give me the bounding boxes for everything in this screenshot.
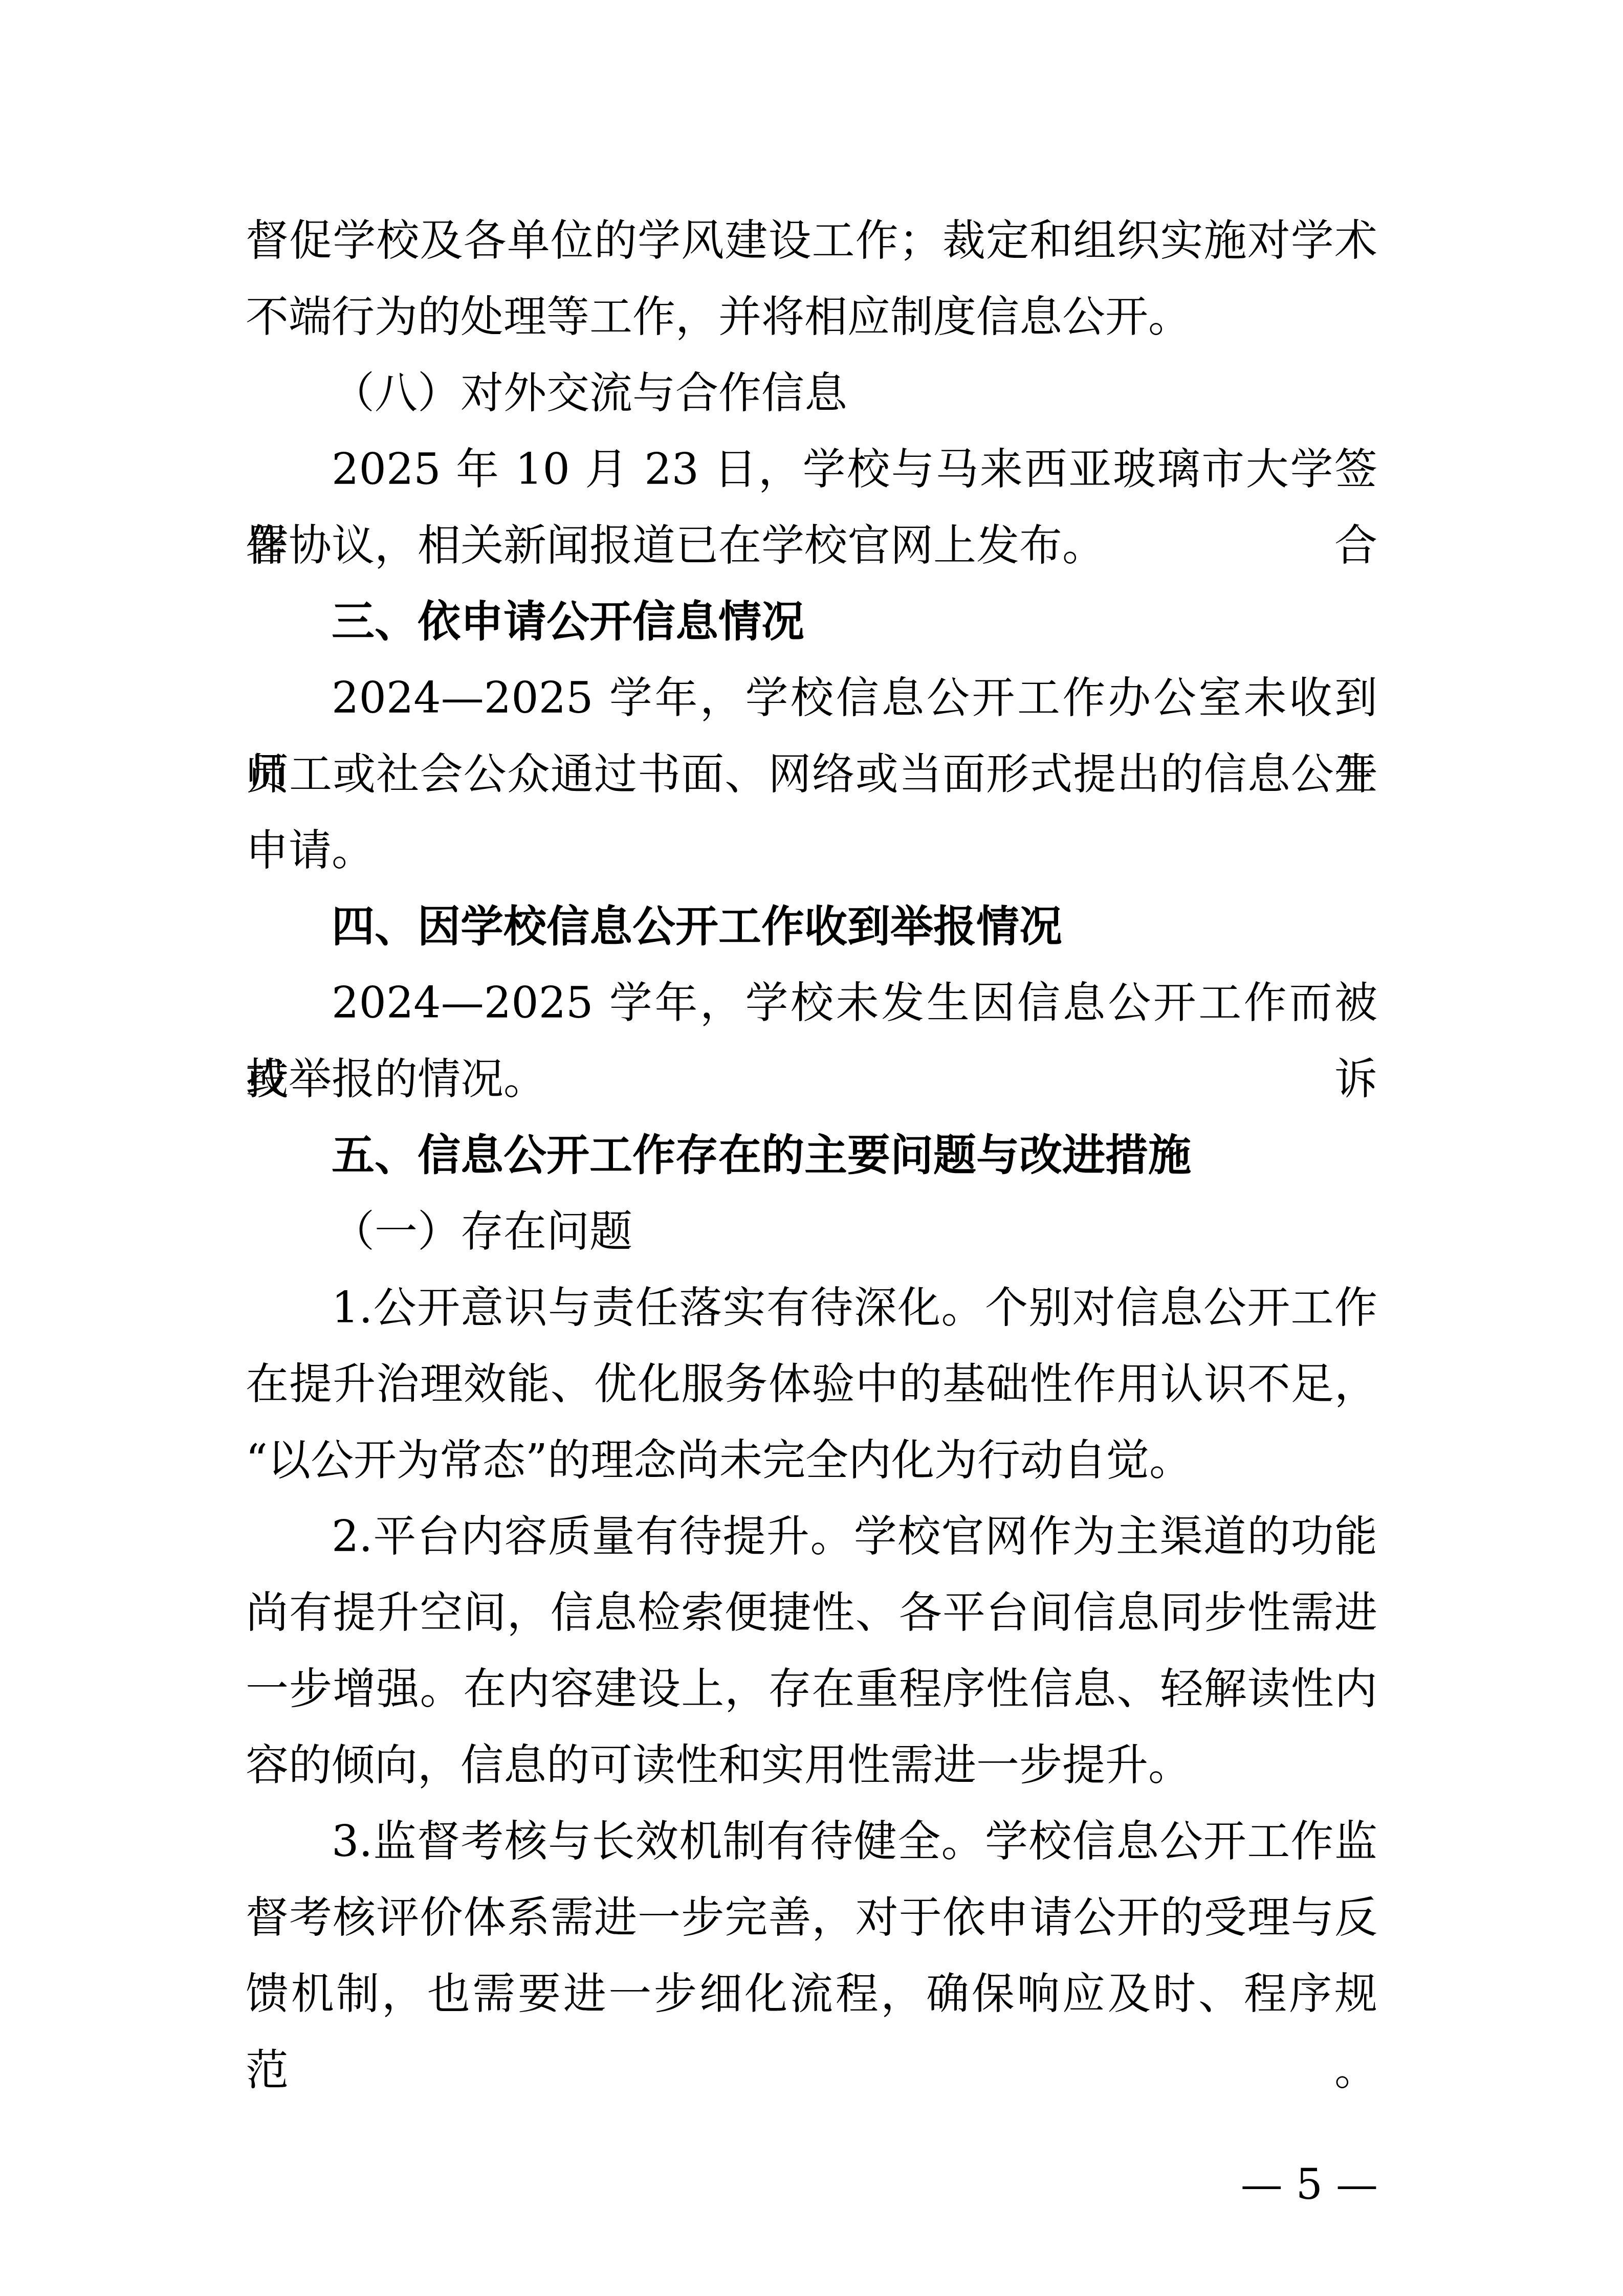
document-body: 督促学校及各单位的学风建设工作；裁定和组织实施对学术 不端行为的处理等工作，并将… [246,203,1377,2032]
section-heading: 三、依申请公开信息情况 [246,584,1377,660]
body-line: 3.监督考核与长效机制有待健全。学校信息公开工作监 [246,1803,1377,1880]
section-heading: 五、信息公开工作存在的主要问题与改进措施 [246,1117,1377,1194]
body-line: 不端行为的处理等工作，并将相应制度信息公开。 [246,279,1377,355]
body-line: 2024—2025 学年，学校信息公开工作办公室未收到师生 [246,660,1377,736]
section-heading: 四、因学校信息公开工作收到举报情况 [246,889,1377,965]
body-line: 申请。 [246,812,1377,889]
document-page: 督促学校及各单位的学风建设工作；裁定和组织实施对学术 不端行为的处理等工作，并将… [0,0,1623,2296]
body-line: 在提升治理效能、优化服务体验中的基础性作用认识不足， [246,1346,1377,1422]
body-line: “以公开为常态”的理念尚未完全内化为行动自觉。 [246,1422,1377,1498]
body-line: 员工或社会公众通过书面、网络或当面形式提出的信息公开 [246,736,1377,812]
body-line: 1.公开意识与责任落实有待深化。个别对信息公开工作 [246,1270,1377,1346]
body-line: 2.平台内容质量有待提升。学校官网作为主渠道的功能 [246,1498,1377,1575]
body-line: 督促学校及各单位的学风建设工作；裁定和组织实施对学术 [246,203,1377,279]
subheading: （一）存在问题 [246,1194,1377,1270]
body-line: 督考核评价体系需进一步完善，对于依申请公开的受理与反 [246,1880,1377,1956]
body-line: 2024—2025 学年，学校未发生因信息公开工作而被投诉 [246,965,1377,1041]
body-line: 馈机制，也需要进一步细化流程，确保响应及时、程序规范。 [246,1956,1377,2032]
body-line: 2025 年 10 月 23 日，学校与马来西亚玻璃市大学签署合 [246,431,1377,507]
body-line: 一步增强。在内容建设上，存在重程序性信息、轻解读性内 [246,1651,1377,1727]
page-number: — 5 — [1241,2147,1378,2223]
subheading: （八）对外交流与合作信息 [246,355,1377,431]
body-line: 容的倾向，信息的可读性和实用性需进一步提升。 [246,1727,1377,1803]
body-line: 尚有提升空间，信息检索便捷性、各平台间信息同步性需进 [246,1575,1377,1651]
